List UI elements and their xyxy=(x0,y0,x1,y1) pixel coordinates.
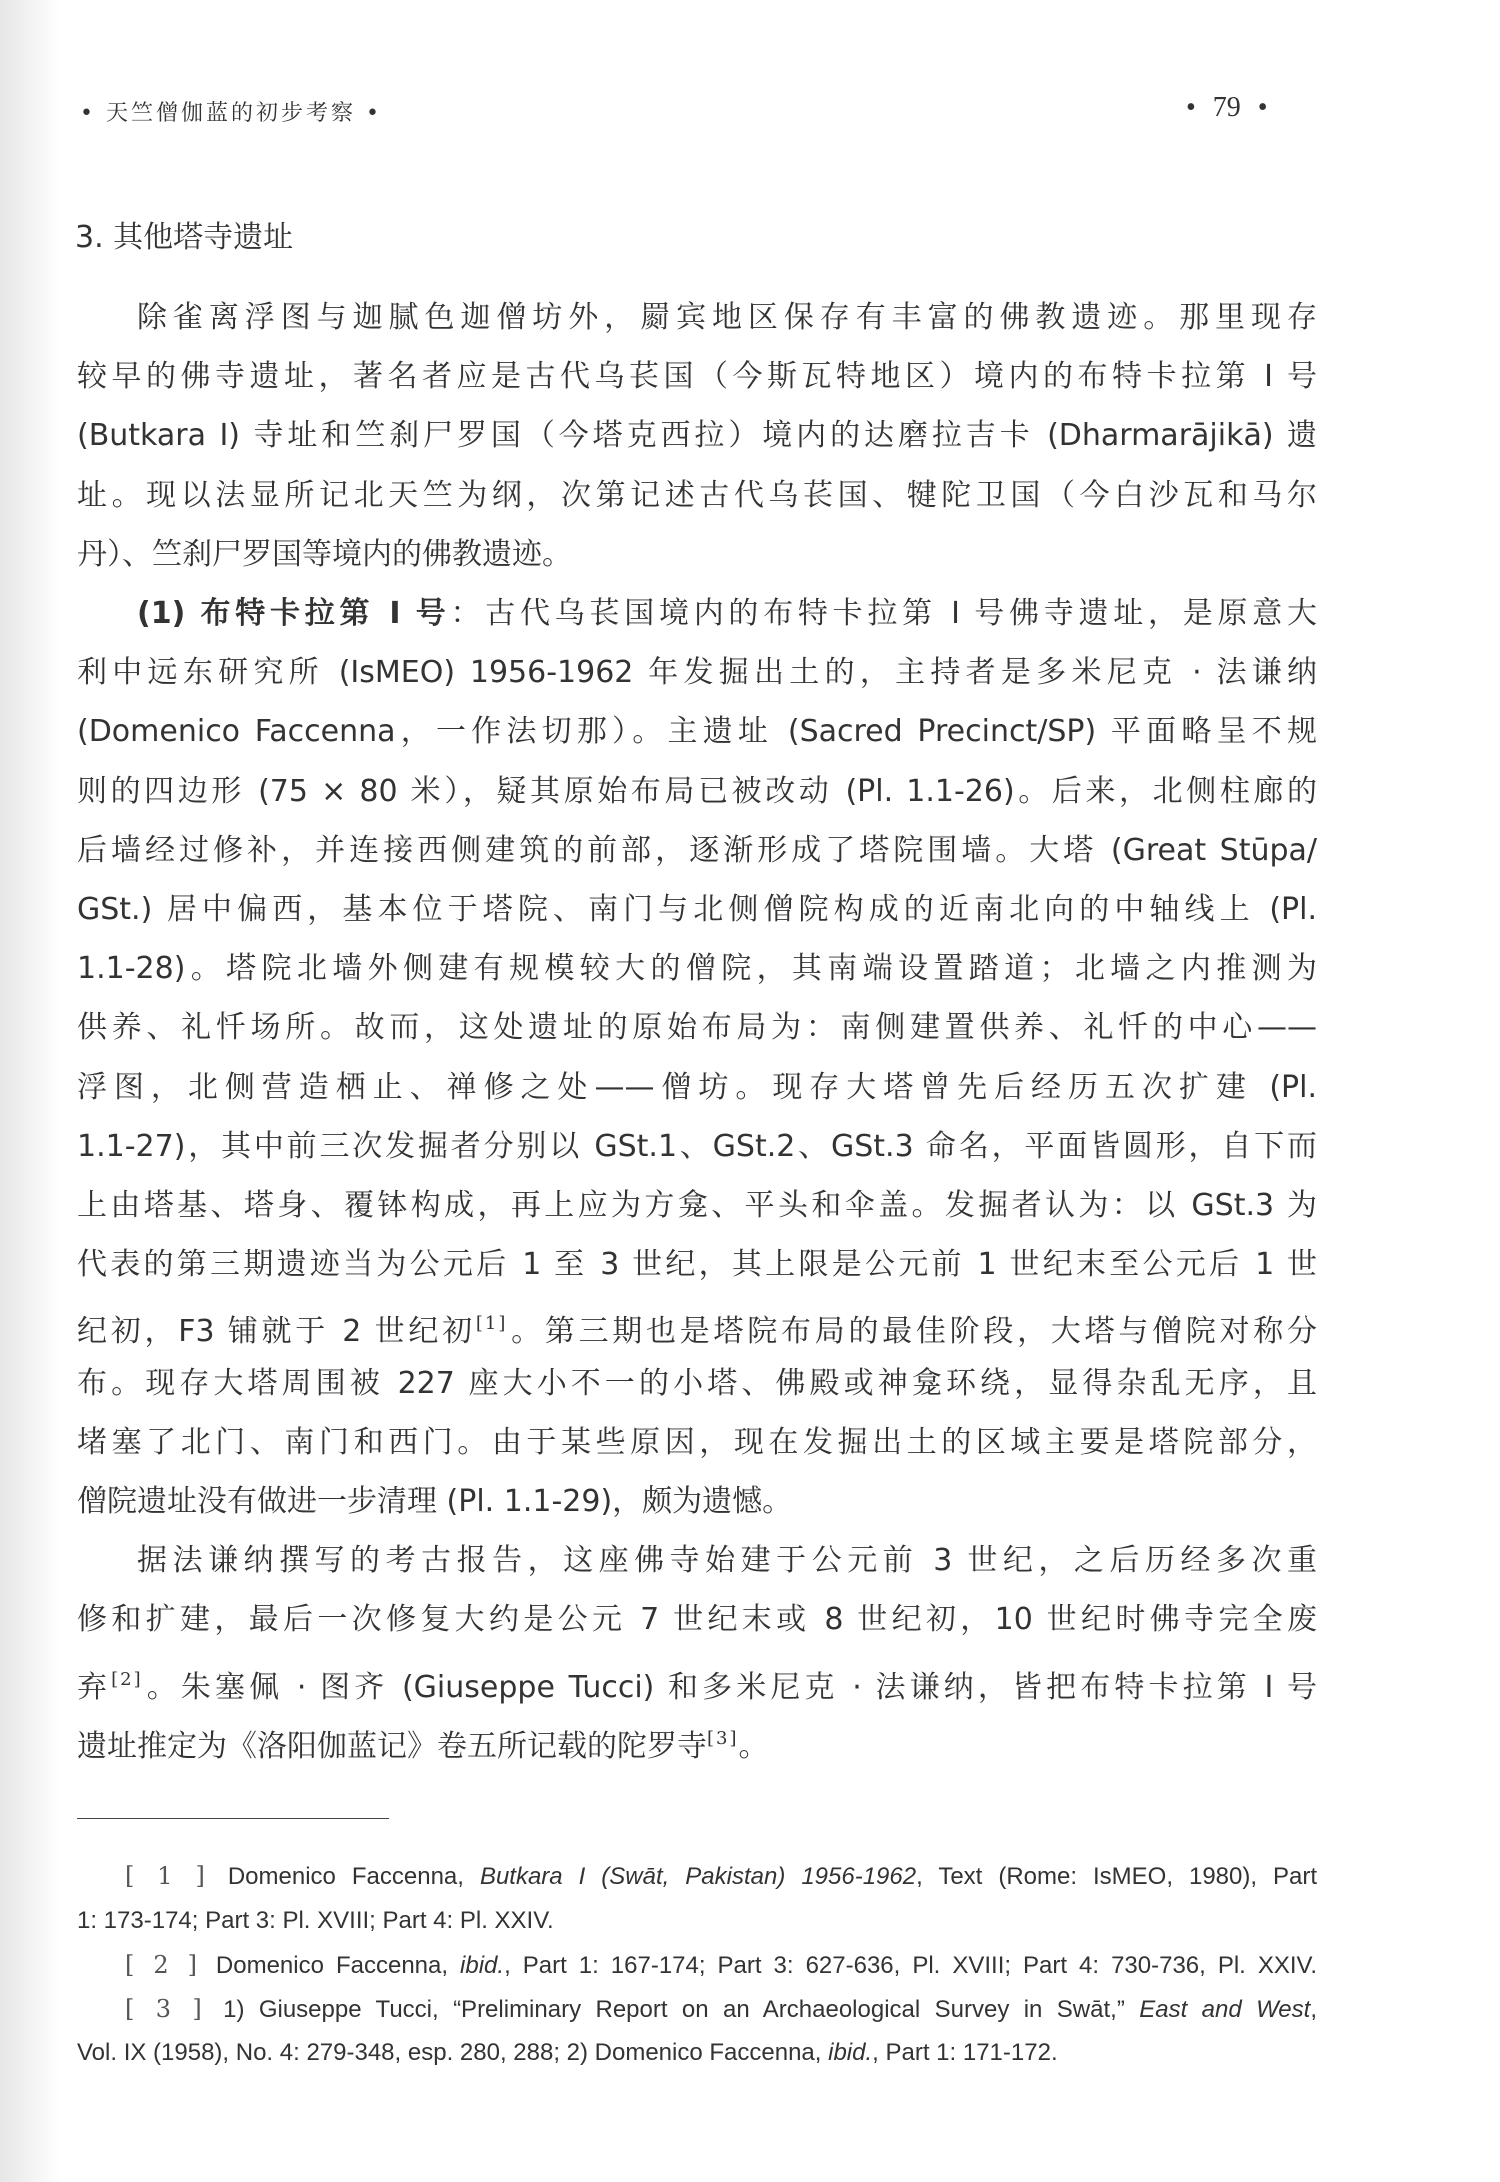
text-run: 堵塞了北门、南门和西门。由于某些原因，现在发掘出土的区域主要是塔院部分， xyxy=(77,1425,1317,1460)
subsection-title: (1) 布特卡拉第 I 号 xyxy=(137,596,450,631)
text-run: 丹）、竺刹尸罗国等境内的佛教遗迹。 xyxy=(77,537,572,572)
text-run: , Part 1: 167-174; Part 3: 627-636, Pl. … xyxy=(504,1952,1317,1979)
text-run: Domenico Faccenna, xyxy=(228,1863,480,1890)
body-line: 遗址推定为《洛阳伽蓝记》卷五所记载的陀罗寺[3]。 xyxy=(77,1719,1317,1759)
text-run: , Part 1: 171-172. xyxy=(872,2039,1057,2066)
section-heading: 3. 其他塔寺遗址 xyxy=(75,212,293,256)
footnote-number: [ 2 ] xyxy=(125,1951,216,1979)
text-run: 较早的佛寺遗址，著名者应是古代乌苌国（今斯瓦特地区）境内的布特卡拉第 I 号 xyxy=(77,359,1317,394)
body-line: 僧院遗址没有做进一步清理 (Pl. 1.1-29)，颇为遗憾。 xyxy=(77,1482,1317,1522)
footnote-reference[interactable]: [2] xyxy=(111,1669,143,1690)
text-run: 利中远东研究所 (IsMEO) 1956-1962 年发掘出土的，主持者是多米尼… xyxy=(77,655,1317,690)
text-run: , Text (Rome: IsMEO, 1980), Part xyxy=(916,1863,1317,1890)
text-run: 。第三期也是塔院布局的最佳阶段，大塔与僧院对称分 xyxy=(507,1314,1317,1349)
body-line: 址。现以法显所记北天竺为纲，次第记述古代乌苌国、犍陀卫国（今白沙瓦和马尔 xyxy=(77,476,1317,516)
text-run: East and West xyxy=(1139,1996,1310,2023)
footnote-line: [ 3 ] 1) Giuseppe Tucci, “Preliminary Re… xyxy=(125,1993,1317,2025)
body-line: (Domenico Faccenna，一作法切那）。主遗址 (Sacred Pr… xyxy=(77,712,1317,752)
text-run: (Butkara I) 寺址和竺刹尸罗国（今塔克西拉）境内的达磨拉吉卡 (Dha… xyxy=(77,418,1317,453)
running-head-title: • 天竺僧伽蓝的初步考察 • xyxy=(80,96,382,127)
body-line: 修和扩建，最后一次修复大约是公元 7 世纪末或 8 世纪初，10 世纪时佛寺完全… xyxy=(77,1600,1317,1640)
body-line: 除雀离浮图与迦腻色迦僧坊外，罽宾地区保存有丰富的佛教遗迹。那里现存 xyxy=(137,298,1317,338)
text-run: Vol. IX (1958), No. 4: 279-348, esp. 280… xyxy=(77,2039,828,2066)
body-line: 浮图，北侧营造栖止、禅修之处——僧坊。现存大塔曾先后经历五次扩建 (Pl. xyxy=(77,1068,1317,1108)
text-run: 1) Giuseppe Tucci, “Preliminary Report o… xyxy=(223,1996,1139,2023)
text-run: Butkara I xyxy=(480,1863,585,1890)
text-run: 1.1-28)。塔院北墙外侧建有规模较大的僧院，其南端设置踏道；北墙之内推测为 xyxy=(77,951,1317,986)
text-run: (Swāt, Pakistan) 1956-1962 xyxy=(585,1863,916,1890)
text-run: 修和扩建，最后一次修复大约是公元 7 世纪末或 8 世纪初，10 世纪时佛寺完全… xyxy=(77,1602,1317,1637)
text-run: 后墙经过修补，并连接西侧建筑的前部，逐渐形成了塔院围墙。大塔 (Great St… xyxy=(77,833,1317,868)
body-line: 上由塔基、塔身、覆钵构成，再上应为方龛、平头和伞盖。发掘者认为：以 GSt.3 … xyxy=(77,1186,1317,1226)
body-line: 弃[2]。朱塞佩 · 图齐 (Giuseppe Tucci) 和多米尼克 · 法… xyxy=(77,1660,1317,1700)
text-run: 据法谦纳撰写的考古报告，这座佛寺始建于公元前 3 世纪，之后历经多次重 xyxy=(137,1543,1317,1578)
footnote-reference[interactable]: [3] xyxy=(707,1728,739,1749)
text-run: 僧院遗址没有做进一步清理 (Pl. 1.1-29)，颇为遗憾。 xyxy=(77,1484,792,1519)
text-run: ibid. xyxy=(460,1952,504,1979)
footnote-number: [ 3 ] xyxy=(125,1995,223,2023)
text-run: 纪初，F3 铺就于 2 世纪初 xyxy=(77,1314,476,1349)
text-run: 弃 xyxy=(77,1670,111,1705)
text-run: 浮图，北侧营造栖止、禅修之处——僧坊。现存大塔曾先后经历五次扩建 (Pl. xyxy=(77,1070,1317,1105)
text-run: 1.1-27)，其中前三次发掘者分别以 GSt.1、GSt.2、GSt.3 命名… xyxy=(77,1129,1317,1164)
text-run: 布。现存大塔周围被 227 座大小不一的小塔、佛殿或神龛环绕，显得杂乱无序，且 xyxy=(77,1366,1317,1401)
text-run: 上由塔基、塔身、覆钵构成，再上应为方龛、平头和伞盖。发掘者认为：以 GSt.3 … xyxy=(77,1188,1317,1223)
text-run: 供养、礼忏场所。故而，这处遗址的原始布局为：南侧建置供养、礼忏的中心—— xyxy=(77,1010,1317,1045)
body-line: GSt.) 居中偏西，基本位于塔院、南门与北侧僧院构成的近南北向的中轴线上 (P… xyxy=(77,890,1317,930)
footnote-number: [ 1 ] xyxy=(125,1862,228,1890)
footnote-line: Vol. IX (1958), No. 4: 279-348, esp. 280… xyxy=(77,2037,1317,2069)
text-run: 址。现以法显所记北天竺为纲，次第记述古代乌苌国、犍陀卫国（今白沙瓦和马尔 xyxy=(77,478,1317,513)
text-run: Domenico Faccenna, xyxy=(216,1952,460,1979)
body-line: 供养、礼忏场所。故而，这处遗址的原始布局为：南侧建置供养、礼忏的中心—— xyxy=(77,1008,1317,1048)
page-number: • 79 • xyxy=(1186,92,1268,124)
text-run: 除雀离浮图与迦腻色迦僧坊外，罽宾地区保存有丰富的佛教遗迹。那里现存 xyxy=(137,300,1317,335)
body-line: 据法谦纳撰写的考古报告，这座佛寺始建于公元前 3 世纪，之后历经多次重 xyxy=(137,1541,1317,1581)
text-run: ：古代乌苌国境内的布特卡拉第 I 号佛寺遗址，是原意大 xyxy=(450,596,1317,631)
body-line: (Butkara I) 寺址和竺刹尸罗国（今塔克西拉）境内的达磨拉吉卡 (Dha… xyxy=(77,416,1317,456)
body-line: 1.1-28)。塔院北墙外侧建有规模较大的僧院，其南端设置踏道；北墙之内推测为 xyxy=(77,949,1317,989)
body-line: 堵塞了北门、南门和西门。由于某些原因，现在发掘出土的区域主要是塔院部分， xyxy=(77,1423,1317,1463)
footnote-line: 1: 173-174; Part 3: Pl. XVIII; Part 4: P… xyxy=(77,1905,1317,1937)
text-run: (Domenico Faccenna，一作法切那）。主遗址 (Sacred Pr… xyxy=(77,714,1317,749)
text-run: GSt.) 居中偏西，基本位于塔院、南门与北侧僧院构成的近南北向的中轴线上 (P… xyxy=(77,892,1317,927)
footnote-line: [ 2 ] Domenico Faccenna, ibid., Part 1: … xyxy=(125,1949,1317,1981)
body-line: 布。现存大塔周围被 227 座大小不一的小塔、佛殿或神龛环绕，显得杂乱无序，且 xyxy=(77,1364,1317,1404)
body-line: 代表的第三期遗迹当为公元后 1 至 3 世纪，其上限是公元前 1 世纪末至公元后… xyxy=(77,1245,1317,1285)
body-line: 较早的佛寺遗址，著名者应是古代乌苌国（今斯瓦特地区）境内的布特卡拉第 I 号 xyxy=(77,357,1317,397)
body-line: 后墙经过修补，并连接西侧建筑的前部，逐渐形成了塔院围墙。大塔 (Great St… xyxy=(77,831,1317,871)
body-line: 丹）、竺刹尸罗国等境内的佛教遗迹。 xyxy=(77,535,1317,575)
body-line: 纪初，F3 铺就于 2 世纪初[1]。第三期也是塔院布局的最佳阶段，大塔与僧院对… xyxy=(77,1304,1317,1344)
body-line: 利中远东研究所 (IsMEO) 1956-1962 年发掘出土的，主持者是多米尼… xyxy=(77,653,1317,693)
text-run: 则的四边形 (75 × 80 米），疑其原始布局已被改动 (Pl. 1.1-26… xyxy=(77,774,1317,809)
text-run: 遗址推定为《洛阳伽蓝记》卷五所记载的陀罗寺 xyxy=(77,1729,707,1764)
text-run: 1: 173-174; Part 3: Pl. XVIII; Part 4: P… xyxy=(77,1907,554,1934)
body-line: 则的四边形 (75 × 80 米），疑其原始布局已被改动 (Pl. 1.1-26… xyxy=(77,772,1317,812)
text-run: , xyxy=(1310,1996,1317,2023)
footnote-reference[interactable]: [1] xyxy=(476,1313,508,1334)
text-run: 代表的第三期遗迹当为公元后 1 至 3 世纪，其上限是公元前 1 世纪末至公元后… xyxy=(77,1247,1317,1282)
footnote-divider xyxy=(77,1818,389,1819)
text-run: 。朱塞佩 · 图齐 (Giuseppe Tucci) 和多米尼克 · 法谦纳，皆… xyxy=(143,1670,1317,1705)
text-run: 。 xyxy=(739,1729,769,1764)
body-line: 1.1-27)，其中前三次发掘者分别以 GSt.1、GSt.2、GSt.3 命名… xyxy=(77,1127,1317,1167)
scan-edge-shadow xyxy=(0,0,60,2182)
footnote-line: [ 1 ] Domenico Faccenna, Butkara I (Swāt… xyxy=(125,1860,1317,1892)
text-run: ibid. xyxy=(828,2039,872,2066)
body-line: (1) 布特卡拉第 I 号：古代乌苌国境内的布特卡拉第 I 号佛寺遗址，是原意大 xyxy=(137,594,1317,634)
